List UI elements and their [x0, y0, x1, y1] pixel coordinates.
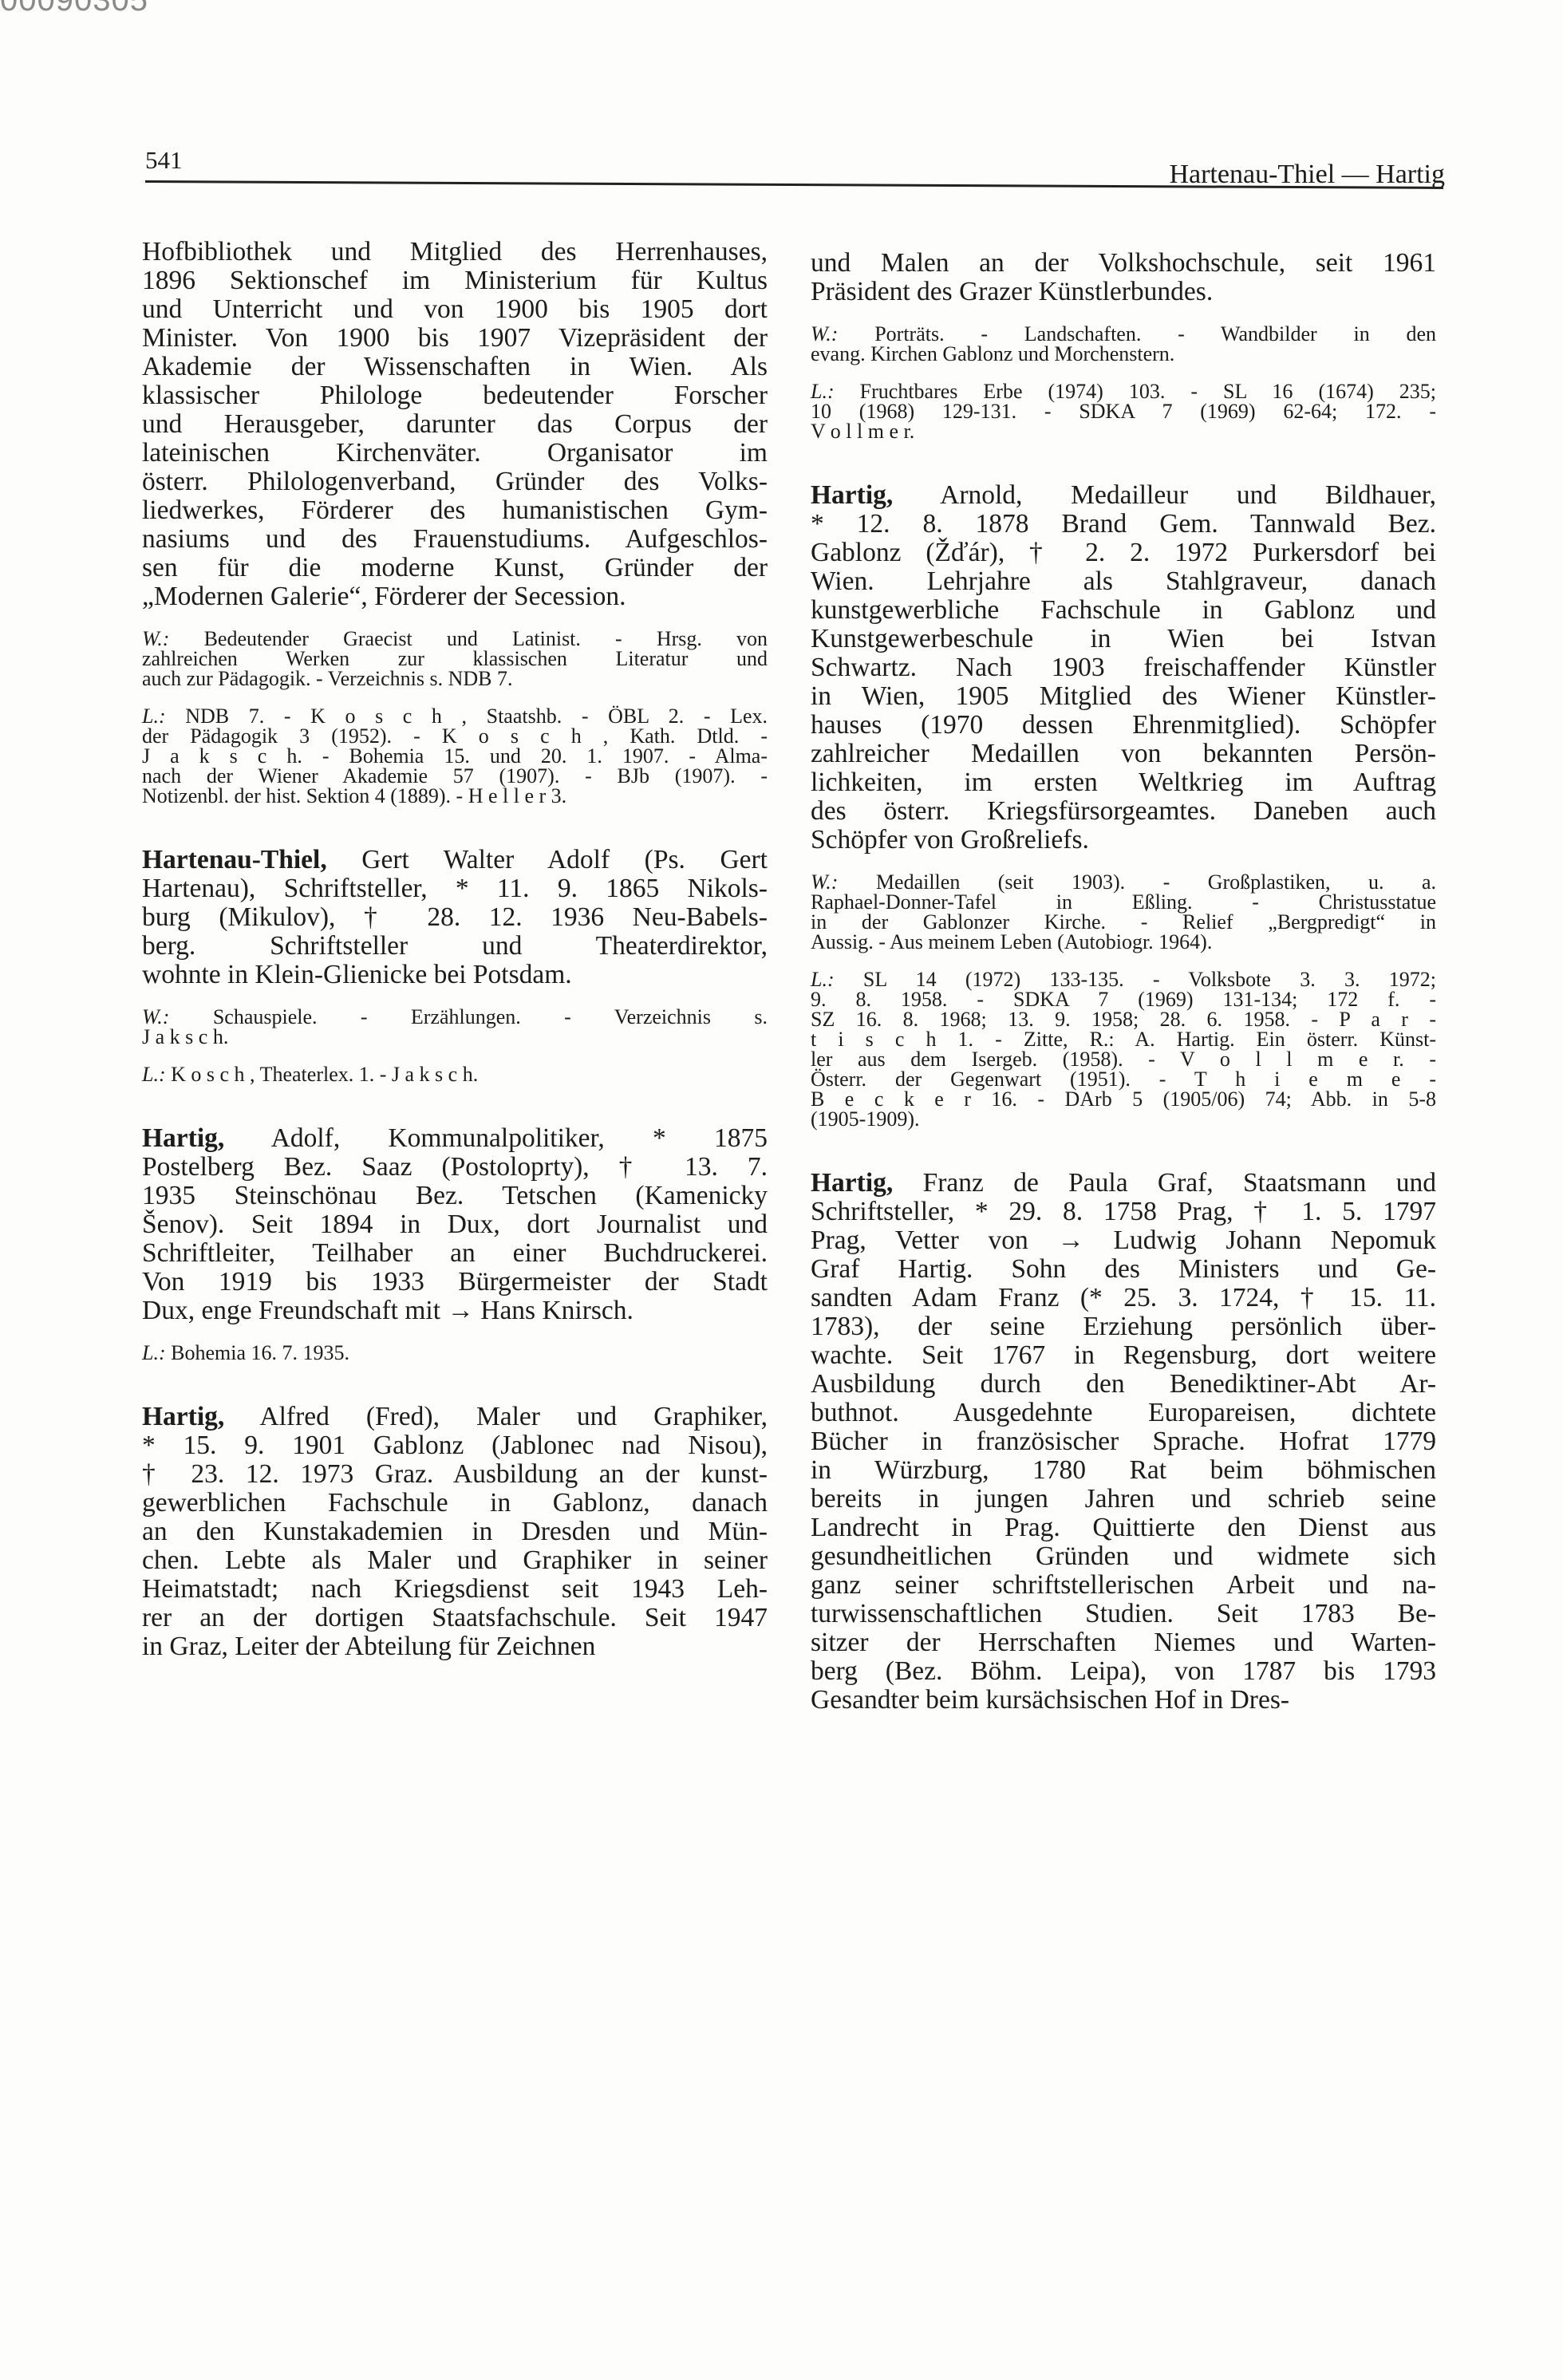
entry-line-text: Schwartz. Nach 1903 freischaffender Küns… [811, 653, 1436, 682]
entry-line-text: Minister. Von 1900 bis 1907 Vizepräsiden… [142, 323, 768, 353]
entry-line-text: Präsident des Grazer Künstlerbundes. [811, 277, 1213, 306]
lexicon-entry: Hartig, Adolf, Kommunalpolitiker, * 1875… [142, 1124, 768, 1363]
entry-body-line: kunstgewerbliche Fachschule in Gablonz u… [811, 596, 1436, 625]
entry-body-line: lateinischen Kirchenväter. Organisator i… [142, 439, 768, 468]
entry-line-text: Von 1919 bis 1933 Bürgermeister der Stad… [142, 1267, 768, 1297]
reference-text: Aussig. - Aus meinem Leben (Autobiogr. 1… [811, 930, 1212, 953]
reference-line: J a k s c h. [142, 1027, 768, 1047]
entry-line-text: gesundheitlichen Gründen und widmete sic… [811, 1541, 1436, 1571]
entry-line-text: Alfred (Fred), Maler und Graphiker, [259, 1402, 768, 1431]
entry-line-text: wohnte in Klein-Glienicke bei Potsdam. [142, 960, 572, 989]
lexicon-entry: Hartig, Arnold, Medailleur und Bildhauer… [811, 481, 1436, 1129]
entry-line-text: Hofbibliothek und Mitglied des Herrenhau… [142, 237, 768, 266]
entry-line-text: in Graz, Leiter der Abteilung für Zeichn… [142, 1632, 595, 1661]
entry-body-line: gesundheitlichen Gründen und widmete sic… [811, 1542, 1436, 1571]
reference-line: L.: K o s c h , Theaterlex. 1. - J a k s… [142, 1064, 768, 1084]
entry-body-line: in Wien, 1905 Mitglied des Wiener Künstl… [811, 682, 1436, 711]
reference-line: t i s c h 1. - Zitte, R.: A. Hartig. Ein… [811, 1029, 1436, 1049]
entry-line-text: sitzer der Herrschaften Niemes und Warte… [811, 1628, 1436, 1657]
entry-line-text: chen. Lebte als Maler und Graphiker in s… [142, 1545, 768, 1575]
entry-line-text: Arnold, Medailleur und Bildhauer, [940, 480, 1436, 510]
works-section: W.: Schauspiele. - Erzählungen. - Verzei… [142, 1007, 768, 1047]
entry-body-line: berg. Schriftsteller und Theaterdirektor… [142, 932, 768, 961]
entry-body-line: klassischer Philologe bedeutender Forsch… [142, 381, 768, 410]
entry-body-line: Hartenau-Thiel, Gert Walter Adolf (Ps. G… [142, 846, 768, 874]
right-column: und Malen an der Volkshochschule, seit 1… [811, 249, 1436, 1715]
entry-body-line: Šenov). Seit 1894 in Dux, dort Journalis… [142, 1210, 768, 1239]
entry-line-text: † 23. 12. 1973 Graz. Ausbildung an der k… [142, 1459, 768, 1489]
reference-label: L.: [142, 1063, 166, 1086]
entry-body-line: Von 1919 bis 1933 Bürgermeister der Stad… [142, 1268, 768, 1297]
entry-line-text: nasiums und des Frauenstudiums. Aufgesch… [142, 524, 768, 554]
reference-line: in der Gablonzer Kirche. - Relief „Bergp… [811, 912, 1436, 932]
entry-body-line: Minister. Von 1900 bis 1907 Vizepräsiden… [142, 324, 768, 353]
entry-line-text: * 15. 9. 1901 Gablonz (Jablonec nad Niso… [142, 1431, 768, 1460]
entry-line-text: * 12. 8. 1878 Brand Gem. Tannwald Bez. [811, 509, 1436, 539]
lexicon-entry: Hofbibliothek und Mitglied des Herrenhau… [142, 238, 768, 806]
entry-line-text: Graf Hartig. Sohn des Ministers und Ge- [811, 1254, 1436, 1284]
reference-line: der Pädagogik 3 (1952). - K o s c h , Ka… [142, 726, 768, 746]
entry-body-line: berg (Bez. Böhm. Leipa), von 1787 bis 17… [811, 1657, 1436, 1686]
entry-line-text: ganz seiner schriftstellerischen Arbeit … [811, 1570, 1436, 1600]
entry-line-text: zahlreicher Medaillen von bekannten Pers… [811, 739, 1436, 768]
entry-body-line: rer an der dortigen Staatsfachschule. Se… [142, 1604, 768, 1632]
entry-body-line: österr. Philologenverband, Gründer des V… [142, 468, 768, 496]
entry-body-line: Landrecht in Prag. Quittierte den Dienst… [811, 1514, 1436, 1542]
entry-body-line: Präsident des Grazer Künstlerbundes. [811, 278, 1436, 306]
entry-line-text: lateinischen Kirchenväter. Organisator i… [142, 438, 768, 468]
reference-line: Raphael-Donner-Tafel in Eßling. - Christ… [811, 892, 1436, 912]
reference-line: L.: SL 14 (1972) 133-135. - Volksbote 3.… [811, 969, 1436, 989]
entry-body-line: Graf Hartig. Sohn des Ministers und Ge- [811, 1255, 1436, 1284]
entry-line-text: Hartenau), Schriftsteller, * 11. 9. 1865… [142, 874, 768, 903]
reference-text: K o s c h , Theaterlex. 1. - J a k s c h… [171, 1063, 478, 1086]
entry-line-text: Kunstgewerbeschule in Wien bei Istvan [811, 624, 1436, 653]
entry-body-line: burg (Mikulov), † 28. 12. 1936 Neu-Babel… [142, 903, 768, 932]
reference-text: (1905-1909). [811, 1107, 919, 1131]
entry-body-line: Prag, Vetter von → Ludwig Johann Nepomuk [811, 1226, 1436, 1255]
entry-body-line: Bücher in französischer Sprache. Hofrat … [811, 1427, 1436, 1456]
entry-line-text: berg. Schriftsteller und Theaterdirektor… [142, 931, 768, 961]
entry-body-line: * 12. 8. 1878 Brand Gem. Tannwald Bez. [811, 510, 1436, 539]
entry-body-line: Hartig, Franz de Paula Graf, Staatsmann … [811, 1169, 1436, 1198]
entry-line-text: 1783), der seine Erziehung persönlich üb… [811, 1312, 1436, 1341]
entry-body-line: an den Kunstakademien in Dresden und Mün… [142, 1518, 768, 1546]
entry-body-line: turwissenschaftlichen Studien. Seit 1783… [811, 1600, 1436, 1628]
entry-line-text: Šenov). Seit 1894 in Dux, dort Journalis… [142, 1210, 768, 1239]
entry-line-text: Schöpfer von Großreliefs. [811, 825, 1089, 855]
scan-id: 00090305 [0, 0, 148, 18]
reference-text: Bohemia 16. 7. 1935. [171, 1341, 349, 1364]
entry-body-line: wachte. Seit 1767 in Regensburg, dort we… [811, 1341, 1436, 1370]
entry-body-line: 1783), der seine Erziehung persönlich üb… [811, 1312, 1436, 1341]
entry-line-text: an den Kunstakademien in Dresden und Mün… [142, 1517, 768, 1546]
reference-line: L.: Bohemia 16. 7. 1935. [142, 1343, 768, 1363]
reference-line: zahlreichen Werken zur klassischen Liter… [142, 649, 768, 669]
entry-body-line: Hartenau), Schriftsteller, * 11. 9. 1865… [142, 874, 768, 903]
entry-body-line: buthnot. Ausgedehnte Europareisen, dicht… [811, 1399, 1436, 1427]
entry-line-text: sen für die moderne Kunst, Gründer der [142, 553, 768, 582]
entry-line-text: des österr. Kriegsfürsorgeamtes. Daneben… [811, 796, 1436, 826]
entry-line-text: Schriftleiter, Teilhaber an einer Buchdr… [142, 1238, 768, 1268]
entry-body-line: und Herausgeber, darunter das Corpus der [142, 410, 768, 439]
entry-body-line: Gablonz (Žďár), † 2. 2. 1972 Purkersdorf… [811, 539, 1436, 567]
entry-line-text: und Malen an der Volkshochschule, seit 1… [811, 248, 1436, 278]
reference-label: L.: [142, 1341, 166, 1364]
reference-line: W.: Schauspiele. - Erzählungen. - Verzei… [142, 1007, 768, 1027]
entry-body-line: Dux, enge Freundschaft mit → Hans Knirsc… [142, 1297, 768, 1325]
entry-body-line: gewerblichen Fachschule in Gablonz, dana… [142, 1489, 768, 1518]
entry-body-line: bereits in jungen Jahren und schrieb sei… [811, 1485, 1436, 1514]
entry-body-line: sandten Adam Franz (* 25. 3. 1724, † 15.… [811, 1284, 1436, 1312]
left-column: Hofbibliothek und Mitglied des Herrenhau… [142, 238, 768, 1661]
entry-body-line: 1896 Sektionschef im Ministerium für Kul… [142, 266, 768, 295]
entry-body-line: sitzer der Herrschaften Niemes und Warte… [811, 1628, 1436, 1657]
entry-line-text: Adolf, Kommunalpolitiker, * 1875 [271, 1123, 768, 1153]
entry-line-text: Gert Walter Adolf (Ps. Gert [361, 845, 768, 874]
entry-body-line: Gesandter beim kursächsischen Hof in Dre… [811, 1686, 1436, 1715]
reference-line: B e c k e r 16. - DArb 5 (1905/06) 74; A… [811, 1089, 1436, 1109]
reference-text: Schauspiele. - Erzählungen. - Verzeichni… [213, 1005, 768, 1028]
entry-body-line: des österr. Kriegsfürsorgeamtes. Daneben… [811, 797, 1436, 826]
entry-body-line: nasiums und des Frauenstudiums. Aufgesch… [142, 525, 768, 554]
entry-line-text: Gablonz (Žďár), † 2. 2. 1972 Purkersdorf… [811, 538, 1436, 567]
entry-body-line: Schöpfer von Großreliefs. [811, 826, 1436, 855]
entry-line-text: Postelberg Bez. Saaz (Postoloprty), † 13… [142, 1152, 768, 1182]
entry-body-line: hauses (1970 dessen Ehrenmitglied). Schö… [811, 711, 1436, 740]
entry-line-text: und Unterricht und von 1900 bis 1905 dor… [142, 294, 768, 324]
entry-body-line: wohnte in Klein-Glienicke bei Potsdam. [142, 961, 768, 989]
reference-line: (1905-1909). [811, 1109, 1436, 1129]
entry-line-text: und Herausgeber, darunter das Corpus der [142, 409, 768, 439]
reference-text: auch zur Pädagogik. - Verzeichnis s. NDB… [142, 667, 513, 690]
entry-body-line: in Graz, Leiter der Abteilung für Zeichn… [142, 1632, 768, 1661]
reference-line: Notizenbl. der hist. Sektion 4 (1889). -… [142, 786, 768, 806]
entry-line-text: Ausbildung durch den Benediktiner-Abt Ar… [811, 1369, 1436, 1399]
entry-body-line: und Malen an der Volkshochschule, seit 1… [811, 249, 1436, 278]
reference-line: W.: Bedeutender Graecist und Latinist. -… [142, 629, 768, 649]
entry-body-line: Heimatstadt; nach Kriegsdienst seit 1943… [142, 1575, 768, 1604]
works-section: W.: Bedeutender Graecist und Latinist. -… [142, 629, 768, 689]
entry-body-line: Hartig, Alfred (Fred), Maler und Graphik… [142, 1403, 768, 1431]
entry-body-line: „Modernen Galerie“, Förderer der Secessi… [142, 582, 768, 611]
entry-line-text: Prag, Vetter von → Ludwig Johann Nepomuk [811, 1226, 1436, 1255]
entry-line-text: Akademie der Wissenschaften in Wien. Als [142, 352, 768, 381]
entry-line-text: österr. Philologenverband, Gründer des V… [142, 467, 768, 496]
entry-line-text: Dux, enge Freundschaft mit → Hans Knirsc… [142, 1296, 633, 1325]
entry-body-line: 1935 Steinschönau Bez. Tetschen (Kamenic… [142, 1182, 768, 1210]
entry-headword: Hartig, [142, 1123, 224, 1153]
literature-section: L.: Bohemia 16. 7. 1935. [142, 1343, 768, 1363]
literature-section: L.: Fruchtbares Erbe (1974) 103. - SL 16… [811, 381, 1436, 441]
entry-body-line: zahlreicher Medaillen von bekannten Pers… [811, 740, 1436, 768]
entry-headword: Hartig, [811, 480, 893, 510]
entry-body-line: Kunstgewerbeschule in Wien bei Istvan [811, 625, 1436, 653]
entry-line-text: Bücher in französischer Sprache. Hofrat … [811, 1427, 1436, 1456]
reference-line: evang. Kirchen Gablonz und Morchenstern. [811, 344, 1436, 364]
entry-line-text: hauses (1970 dessen Ehrenmitglied). Schö… [811, 710, 1436, 740]
reference-line: SZ 16. 8. 1968; 13. 9. 1958; 28. 6. 1958… [811, 1009, 1436, 1029]
entry-line-text: sandten Adam Franz (* 25. 3. 1724, † 15.… [811, 1283, 1436, 1312]
reference-line: J a k s c h. - Bohemia 15. und 20. 1. 19… [142, 746, 768, 766]
entry-line-text: klassischer Philologe bedeutender Forsch… [142, 381, 768, 410]
entry-line-text: rer an der dortigen Staatsfachschule. Se… [142, 1603, 768, 1632]
reference-line: ler aus dem Isergeb. (1958). - V o l l m… [811, 1049, 1436, 1069]
entry-body-line: Postelberg Bez. Saaz (Postoloprty), † 13… [142, 1153, 768, 1182]
entry-line-text: wachte. Seit 1767 in Regensburg, dort we… [811, 1340, 1436, 1370]
reference-line: 9. 8. 1958. - SDKA 7 (1969) 131-134; 172… [811, 989, 1436, 1009]
literature-section: L.: NDB 7. - K o s c h , Staatshb. - ÖBL… [142, 706, 768, 806]
lexicon-entry: Hartig, Franz de Paula Graf, Staatsmann … [811, 1169, 1436, 1715]
reference-line: W.: Medaillen (seit 1903). - Großplastik… [811, 872, 1436, 892]
reference-line: auch zur Pädagogik. - Verzeichnis s. NDB… [142, 669, 768, 689]
reference-text: J a k s c h. [142, 1025, 228, 1048]
entry-line-text: Gesandter beim kursächsischen Hof in Dre… [811, 1685, 1289, 1715]
lexicon-entry: Hartig, Alfred (Fred), Maler und Graphik… [142, 1403, 768, 1661]
entry-body-line: lichkeiten, im ersten Weltkrieg im Auftr… [811, 768, 1436, 797]
entry-line-text: bereits in jungen Jahren und schrieb sei… [811, 1484, 1436, 1514]
entry-line-text: gewerblichen Fachschule in Gablonz, dana… [142, 1488, 768, 1518]
entry-body-line: ganz seiner schriftstellerischen Arbeit … [811, 1571, 1436, 1600]
entry-line-text: Wien. Lehrjahre als Stahlgraveur, danach [811, 566, 1436, 596]
entry-line-text: „Modernen Galerie“, Förderer der Secessi… [142, 582, 626, 611]
works-section: W.: Porträts. - Landschaften. - Wandbild… [811, 324, 1436, 364]
literature-section: L.: SL 14 (1972) 133-135. - Volksbote 3.… [811, 969, 1436, 1129]
entry-body-line: und Unterricht und von 1900 bis 1905 dor… [142, 295, 768, 324]
entry-body-line: Schriftleiter, Teilhaber an einer Buchdr… [142, 1239, 768, 1268]
entry-line-text: in Wien, 1905 Mitglied des Wiener Künstl… [811, 681, 1436, 711]
entry-body-line: chen. Lebte als Maler und Graphiker in s… [142, 1546, 768, 1575]
reference-line: Aussig. - Aus meinem Leben (Autobiogr. 1… [811, 932, 1436, 952]
entry-line-text: kunstgewerbliche Fachschule in Gablonz u… [811, 595, 1436, 625]
page-number: 541 [145, 146, 183, 175]
entry-body-line: Hartig, Arnold, Medailleur und Bildhauer… [811, 481, 1436, 510]
entry-body-line: sen für die moderne Kunst, Gründer der [142, 554, 768, 582]
reference-line: 10 (1968) 129-131. - SDKA 7 (1969) 62-64… [811, 401, 1436, 421]
reference-line: W.: Porträts. - Landschaften. - Wandbild… [811, 324, 1436, 344]
reference-line: V o l l m e r. [811, 421, 1436, 441]
reference-text: V o l l m e r. [811, 420, 914, 443]
literature-section: L.: K o s c h , Theaterlex. 1. - J a k s… [142, 1064, 768, 1084]
entry-headword: Hartig, [811, 1168, 893, 1198]
entry-headword: Hartig, [142, 1402, 224, 1431]
entry-body-line: * 15. 9. 1901 Gablonz (Jablonec nad Niso… [142, 1431, 768, 1460]
entry-body-line: Wien. Lehrjahre als Stahlgraveur, danach [811, 567, 1436, 596]
entry-line-text: lichkeiten, im ersten Weltkrieg im Auftr… [811, 768, 1436, 797]
entry-line-text: Landrecht in Prag. Quittierte den Dienst… [811, 1513, 1436, 1542]
entry-line-text: burg (Mikulov), † 28. 12. 1936 Neu-Babel… [142, 902, 768, 932]
entry-body-line: Hofbibliothek und Mitglied des Herrenhau… [142, 238, 768, 266]
reference-line: L.: Fruchtbares Erbe (1974) 103. - SL 16… [811, 381, 1436, 401]
entry-line-text: 1896 Sektionschef im Ministerium für Kul… [142, 266, 768, 295]
entry-body-line: Schriftsteller, * 29. 8. 1758 Prag, † 1.… [811, 1198, 1436, 1226]
entry-line-text: liedwerkes, Förderer des humanistischen … [142, 495, 768, 525]
entry-line-text: in Würzburg, 1780 Rat beim böhmischen [811, 1455, 1436, 1485]
lexicon-entry: und Malen an der Volkshochschule, seit 1… [811, 249, 1436, 441]
entry-body-line: Hartig, Adolf, Kommunalpolitiker, * 1875 [142, 1124, 768, 1153]
works-section: W.: Medaillen (seit 1903). - Großplastik… [811, 872, 1436, 952]
reference-line: L.: NDB 7. - K o s c h , Staatshb. - ÖBL… [142, 706, 768, 726]
entry-line-text: Franz de Paula Graf, Staatsmann und [923, 1168, 1436, 1198]
entry-line-text: berg (Bez. Böhm. Leipa), von 1787 bis 17… [811, 1656, 1436, 1686]
entry-body-line: liedwerkes, Förderer des humanistischen … [142, 496, 768, 525]
reference-line: nach der Wiener Akademie 57 (1907). - BJ… [142, 766, 768, 786]
reference-text: Notizenbl. der hist. Sektion 4 (1889). -… [142, 784, 566, 807]
entry-body-line: Ausbildung durch den Benediktiner-Abt Ar… [811, 1370, 1436, 1399]
entry-headword: Hartenau-Thiel, [142, 845, 327, 874]
entry-line-text: turwissenschaftlichen Studien. Seit 1783… [811, 1599, 1436, 1628]
entry-body-line: † 23. 12. 1973 Graz. Ausbildung an der k… [142, 1460, 768, 1489]
lexicon-entry: Hartenau-Thiel, Gert Walter Adolf (Ps. G… [142, 846, 768, 1084]
reference-text: evang. Kirchen Gablonz und Morchenstern. [811, 342, 1174, 365]
entry-line-text: Schriftsteller, * 29. 8. 1758 Prag, † 1.… [811, 1197, 1436, 1226]
reference-line: Österr. der Gegenwart (1951). - T h i e … [811, 1069, 1436, 1089]
entry-body-line: Schwartz. Nach 1903 freischaffender Küns… [811, 653, 1436, 682]
entry-line-text: 1935 Steinschönau Bez. Tetschen (Kamenic… [142, 1181, 768, 1210]
entry-body-line: Akademie der Wissenschaften in Wien. Als [142, 353, 768, 381]
entry-line-text: Heimatstadt; nach Kriegsdienst seit 1943… [142, 1574, 768, 1604]
entry-body-line: in Würzburg, 1780 Rat beim böhmischen [811, 1456, 1436, 1485]
entry-line-text: buthnot. Ausgedehnte Europareisen, dicht… [811, 1398, 1436, 1427]
